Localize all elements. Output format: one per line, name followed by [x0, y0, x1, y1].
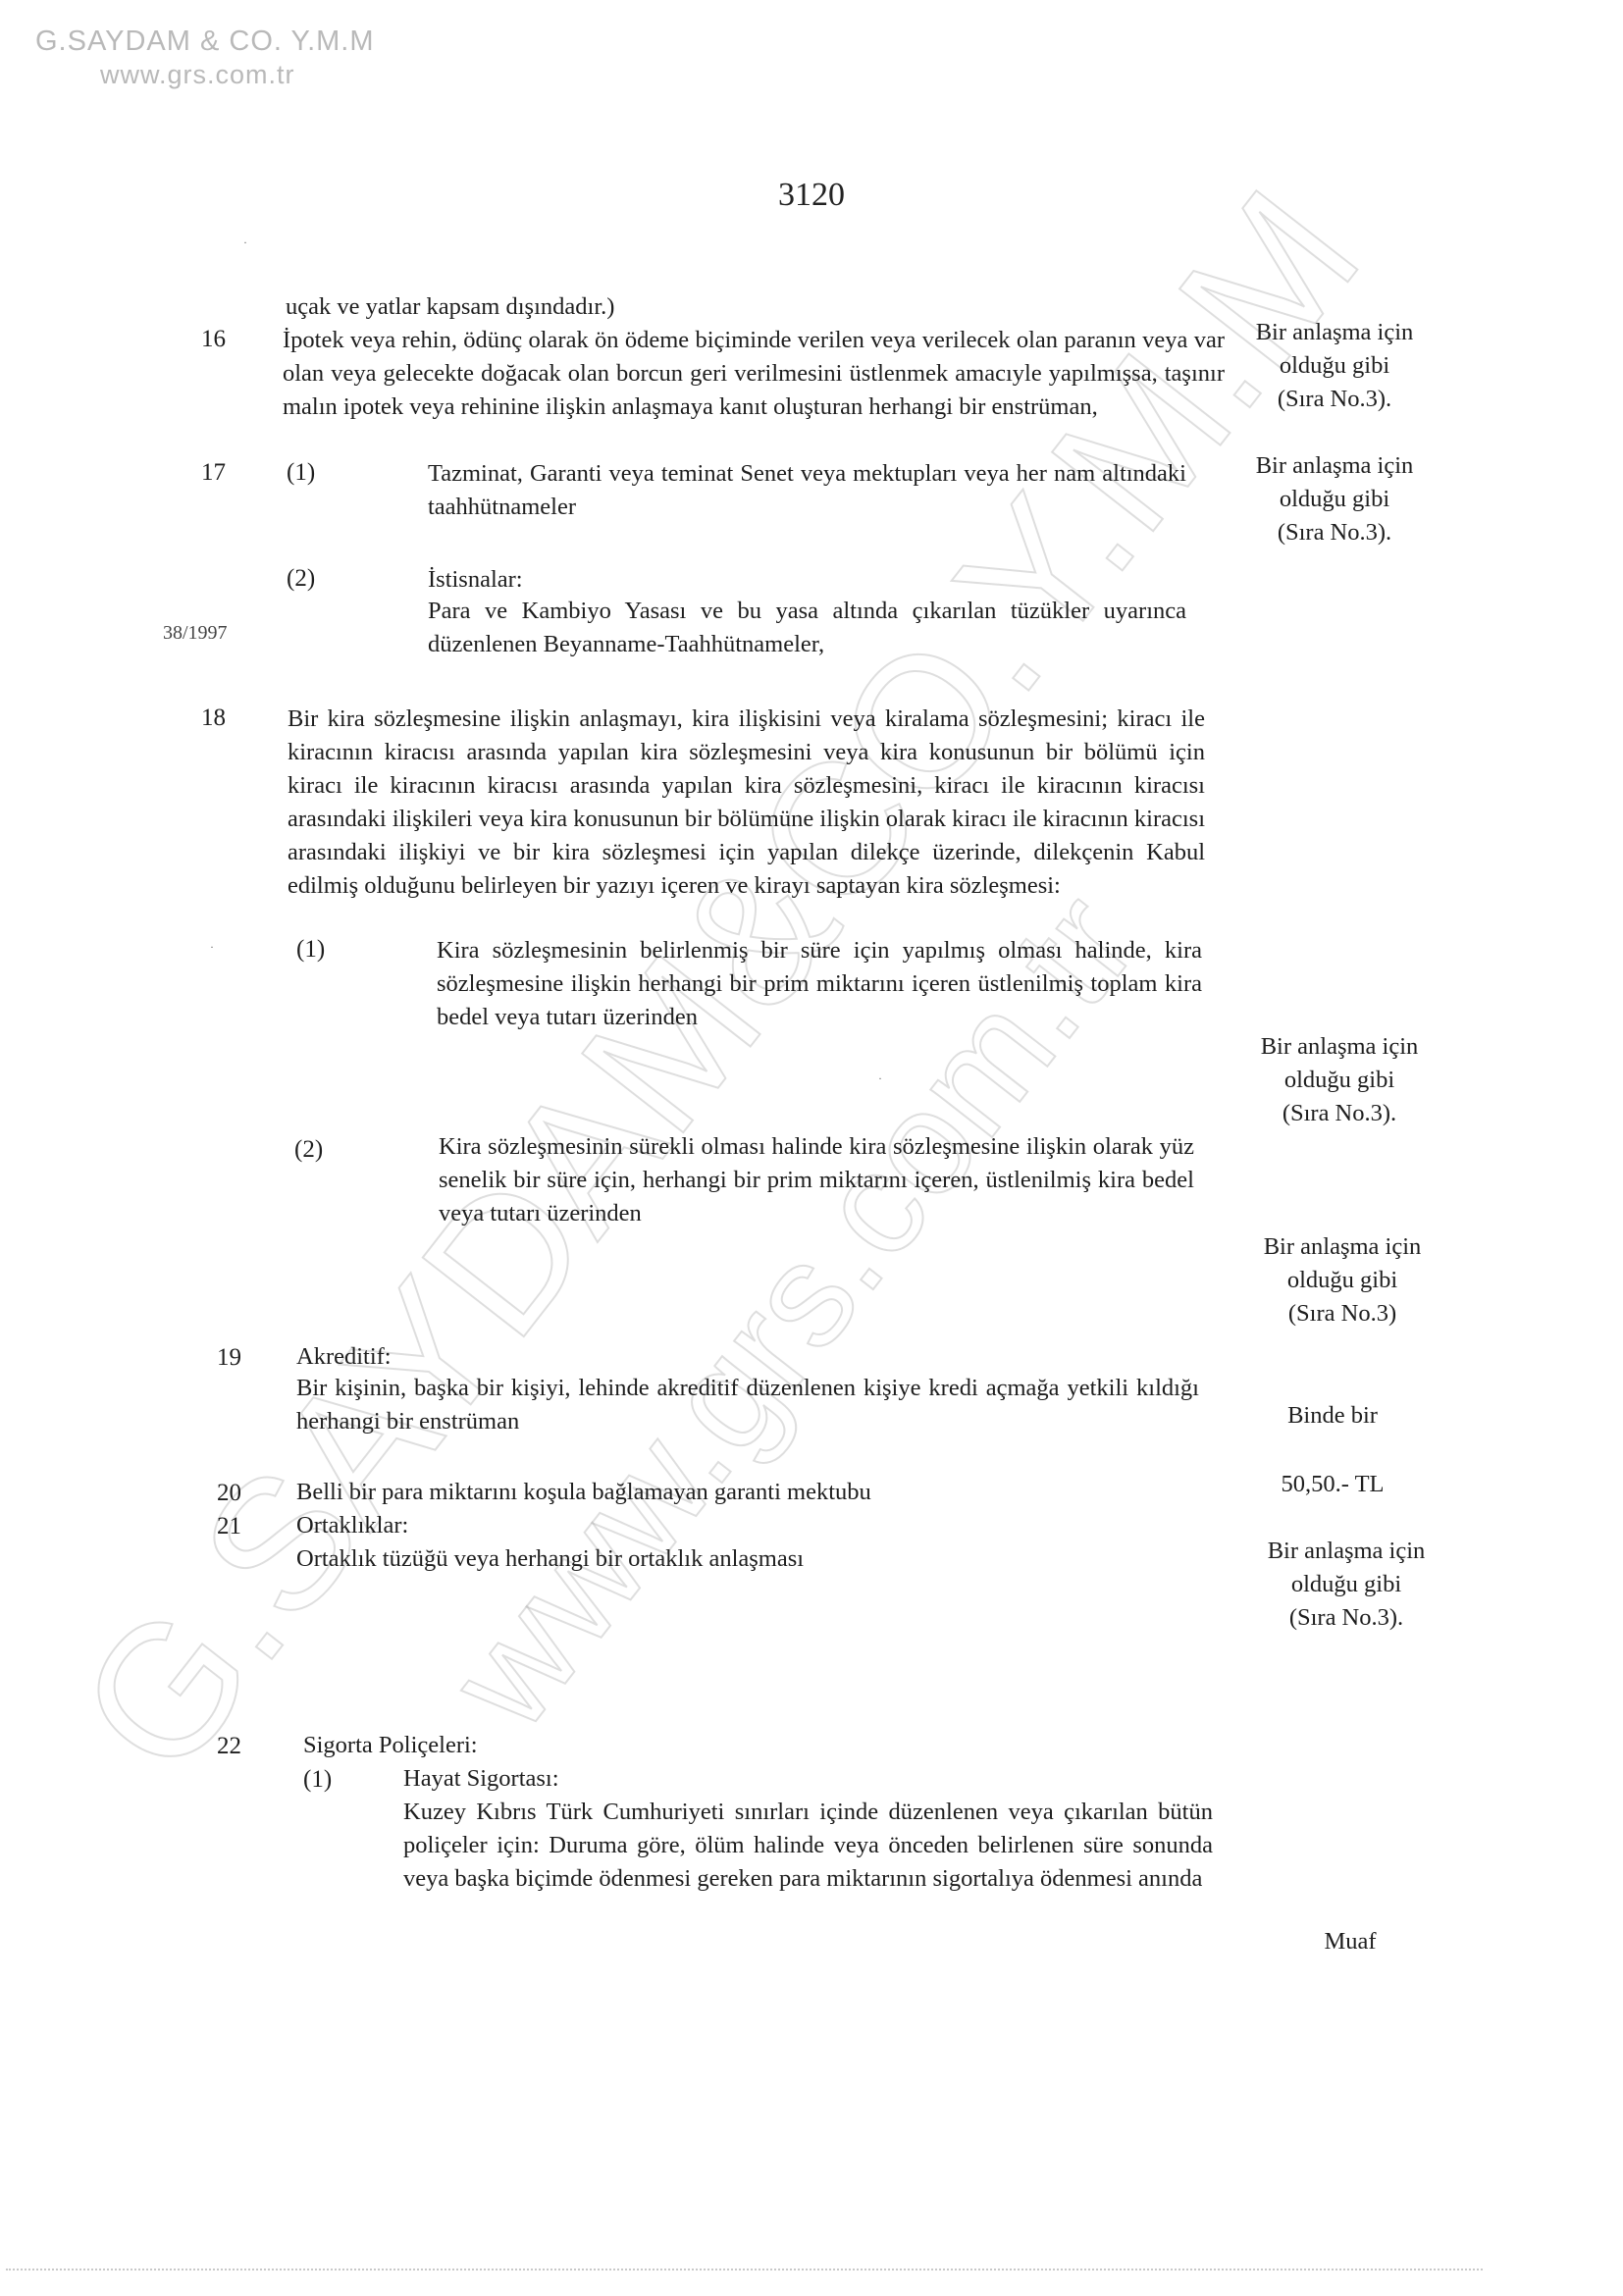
entry-number-22: 22: [183, 1733, 241, 1760]
entry-18-sub1-label: (1): [296, 936, 325, 964]
entry-18-text: Bir kira sözleşmesine ilişkin anlaşmayı,…: [288, 703, 1205, 903]
entry-18-sub2-label: (2): [294, 1136, 323, 1164]
entry-22-sub1-heading: Hayat Sigortası:: [403, 1762, 1213, 1796]
entry-19-heading: Akreditif:: [296, 1340, 1199, 1374]
entry-18-sub1-text: Kira sözleşmesinin belirlenmiş bir süre …: [437, 934, 1202, 1034]
entry-22-sub1-rate: Muaf: [1242, 1925, 1458, 1958]
firm-website: www.grs.com.tr: [100, 60, 375, 90]
firm-name: G.SAYDAM & CO. Y.M.M: [35, 26, 375, 58]
entry-17-sub1-rate: Bir anlaşma için olduğu gibi (Sıra No.3)…: [1227, 449, 1442, 549]
scan-speck: ·: [878, 1071, 882, 1086]
entry-17-sub1-text: Tazminat, Garanti veya teminat Senet vey…: [428, 457, 1186, 524]
continuation-text: uçak ve yatlar kapsam dışındadır.): [286, 290, 1228, 324]
scan-speck: ·: [243, 235, 247, 250]
entry-18-sub2-text: Kira sözleşmesinin sürekli olması halind…: [439, 1130, 1194, 1230]
entry-number-16: 16: [167, 326, 226, 353]
entry-17-sub2-text: Para ve Kambiyo Yasası ve bu yasa altınd…: [428, 595, 1186, 661]
entry-18-sub2-rate: Bir anlaşma için olduğu gibi (Sıra No.3): [1234, 1230, 1450, 1331]
entry-number-19: 19: [183, 1344, 241, 1372]
entry-17-sub1-label: (1): [287, 459, 315, 487]
entry-16-text: İpotek veya rehin, ödünç olarak ön ödeme…: [283, 324, 1225, 424]
entry-number-21: 21: [183, 1513, 241, 1540]
page-number: 3120: [0, 177, 1623, 214]
scan-speck: ·: [210, 940, 214, 955]
entry-number-20: 20: [183, 1480, 241, 1507]
entry-number-17: 17: [167, 459, 226, 487]
entry-16-rate: Bir anlaşma için olduğu gibi (Sıra No.3)…: [1227, 316, 1442, 416]
entry-20-rate: 50,50.- TL: [1225, 1468, 1440, 1501]
entry-17-sub2-heading: İstisnalar:: [428, 563, 1186, 597]
entry-21-rate: Bir anlaşma için olduğu gibi (Sıra No.3)…: [1238, 1535, 1454, 1635]
margin-reference: 38/1997: [163, 622, 228, 645]
entry-21-heading: Ortaklıklar:: [296, 1509, 1199, 1542]
entry-22-sub1-text: Kuzey Kıbrıs Türk Cumhuriyeti sınırları …: [403, 1796, 1213, 1896]
entry-22-heading: Sigorta Poliçeleri:: [303, 1729, 1206, 1762]
entry-19-rate: Binde bir: [1225, 1399, 1440, 1433]
entry-17-sub2-label: (2): [287, 565, 315, 593]
entry-18-sub1-rate: Bir anlaşma için olduğu gibi (Sıra No.3)…: [1231, 1030, 1447, 1130]
entry-20-text: Belli bir para miktarını koşula bağlamay…: [296, 1476, 1199, 1509]
entry-19-text: Bir kişinin, başka bir kişiyi, lehinde a…: [296, 1372, 1199, 1438]
footer-dotted-line: [6, 2269, 1483, 2270]
entry-number-18: 18: [167, 704, 226, 732]
header-stamp: G.SAYDAM & CO. Y.M.M www.grs.com.tr: [35, 26, 375, 90]
entry-22-sub1-label: (1): [303, 1766, 332, 1794]
entry-21-text: Ortaklık tüzüğü veya herhangi bir ortakl…: [296, 1542, 1199, 1576]
